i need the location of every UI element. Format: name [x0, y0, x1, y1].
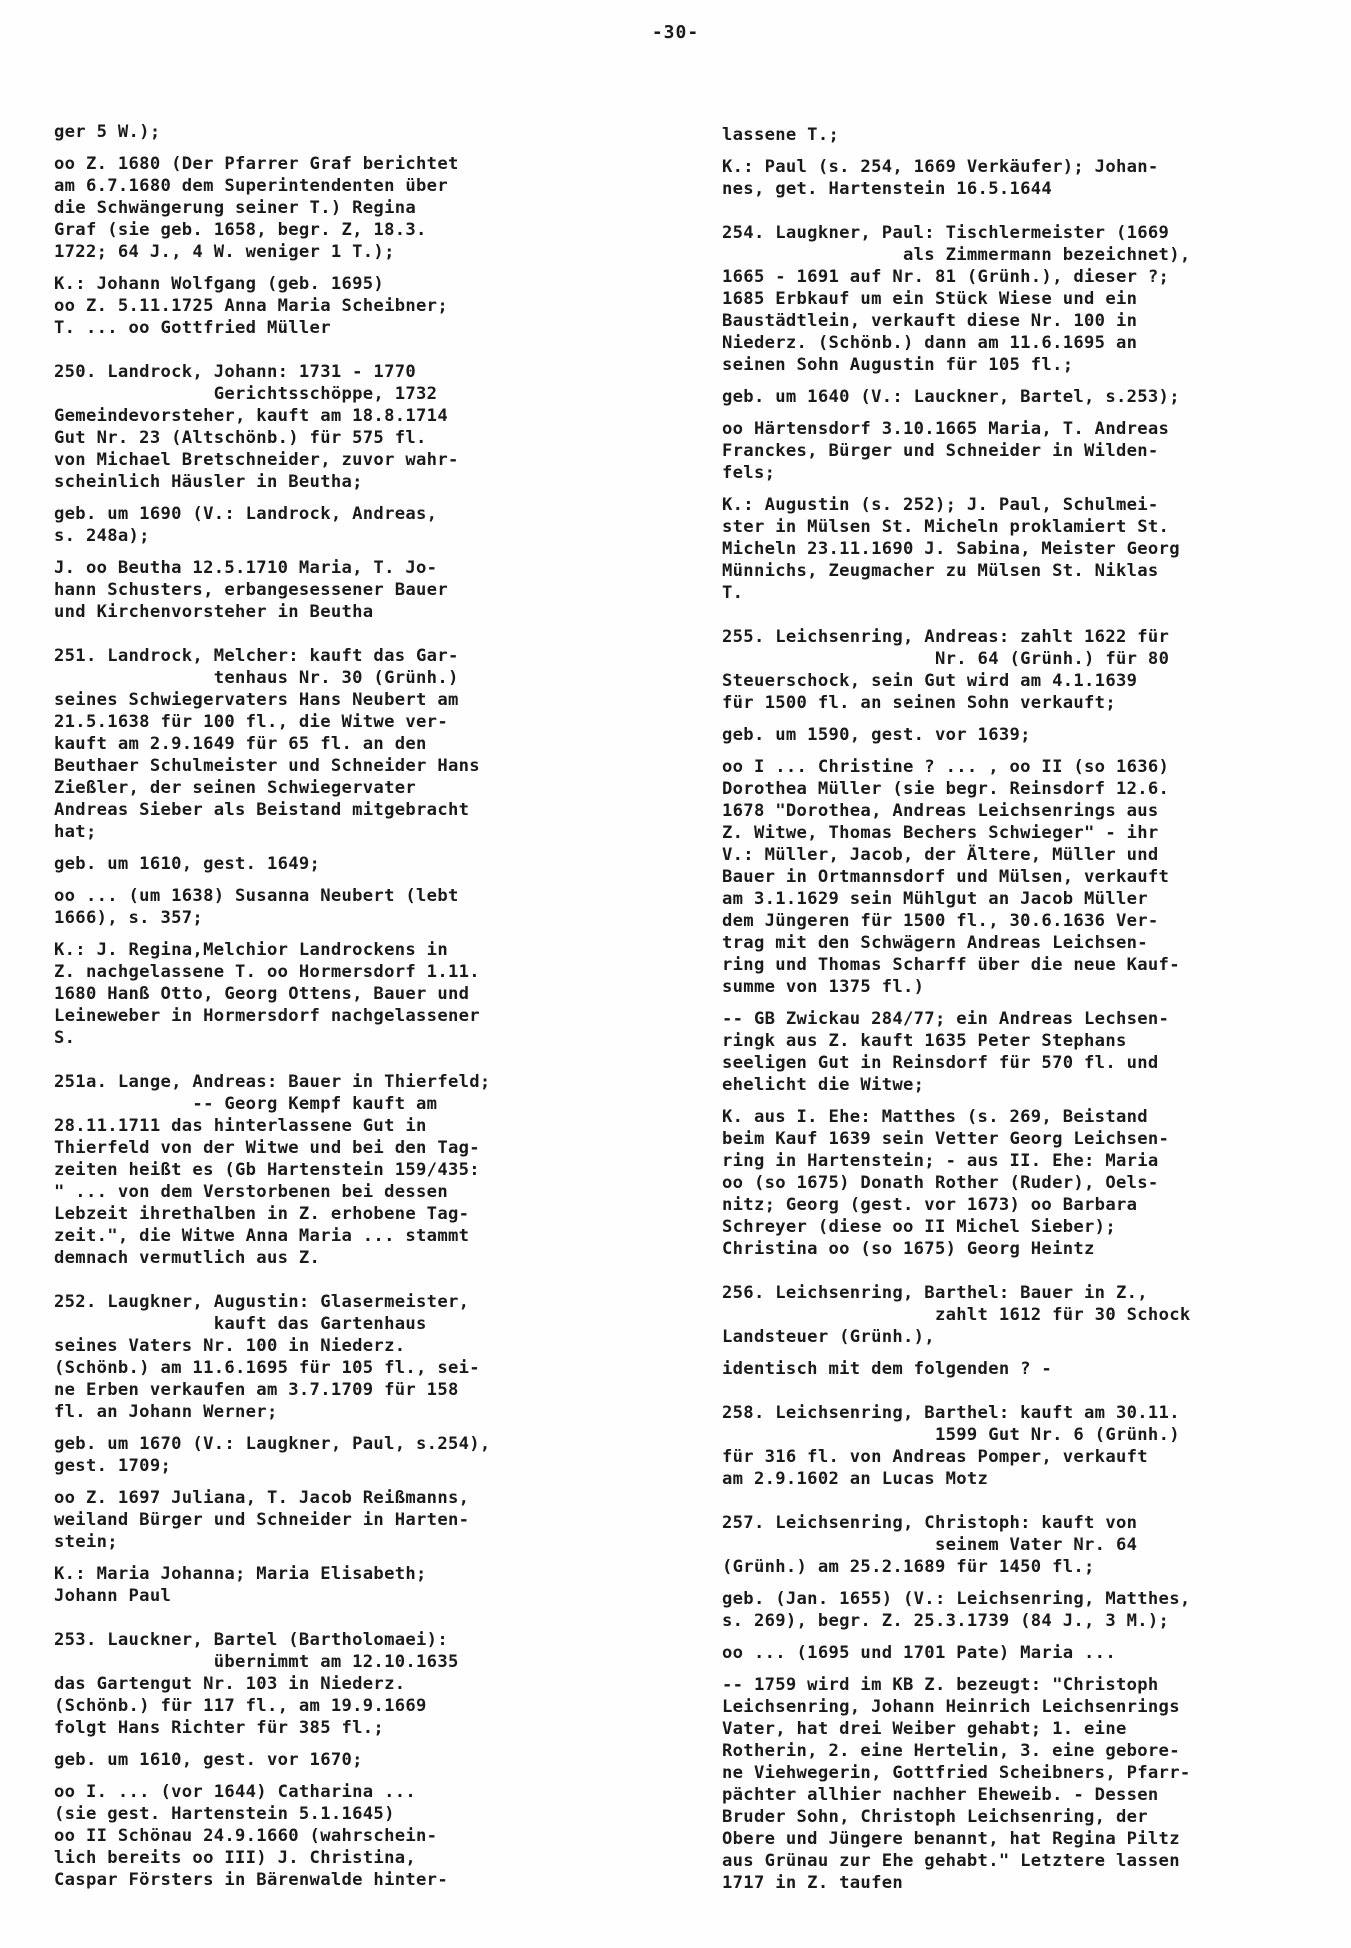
- entry-paragraph: geb. um 1610, gest. 1649;: [54, 853, 574, 875]
- entry-paragraph: K.: Augustin (s. 252); J. Paul, Schulmei…: [722, 494, 1242, 604]
- entry-paragraph: 252. Laugkner, Augustin: Glasermeister, …: [54, 1291, 574, 1423]
- entry-paragraph: oo I. ... (vor 1644) Catharina ... (sie …: [54, 1781, 574, 1891]
- entry-paragraph: 257. Leichsenring, Christoph: kauft von …: [722, 1512, 1242, 1578]
- entry-paragraph: 253. Lauckner, Bartel (Bartholomaei): üb…: [54, 1629, 574, 1739]
- entry-paragraph: oo ... (1695 und 1701 Pate) Maria ...: [722, 1642, 1242, 1664]
- entry-paragraph: 250. Landrock, Johann: 1731 - 1770 Geric…: [54, 361, 574, 493]
- entry-paragraph: lassene T.;: [722, 124, 1242, 146]
- entry-paragraph: geb. um 1690 (V.: Landrock, Andreas, s. …: [54, 503, 574, 547]
- entry-paragraph: identisch mit dem folgenden ? -: [722, 1358, 1242, 1380]
- right-column: lassene T.;K.: Paul (s. 254, 1669 Verkäu…: [722, 124, 1242, 1904]
- entry-paragraph: geb. um 1670 (V.: Laugkner, Paul, s.254)…: [54, 1433, 574, 1477]
- entry-paragraph: oo I ... Christine ? ... , oo II (so 163…: [722, 756, 1242, 998]
- entry-paragraph: oo Härtensdorf 3.10.1665 Maria, T. Andre…: [722, 418, 1242, 484]
- entry-paragraph: 251a. Lange, Andreas: Bauer in Thierfeld…: [54, 1071, 574, 1269]
- entry-paragraph: 254. Laugkner, Paul: Tischlermeister (16…: [722, 222, 1242, 376]
- entry-paragraph: K.: J. Regina,Melchior Landrockens in Z.…: [54, 939, 574, 1049]
- entry-paragraph: 258. Leichsenring, Barthel: kauft am 30.…: [722, 1402, 1242, 1490]
- entry-paragraph: oo Z. 1697 Juliana, T. Jacob Reißmanns, …: [54, 1487, 574, 1553]
- entry-paragraph: geb. um 1590, gest. vor 1639;: [722, 724, 1242, 746]
- entry-paragraph: 256. Leichsenring, Barthel: Bauer in Z.,…: [722, 1282, 1242, 1348]
- entry-paragraph: 255. Leichsenring, Andreas: zahlt 1622 f…: [722, 626, 1242, 714]
- entry-paragraph: geb. um 1640 (V.: Lauckner, Bartel, s.25…: [722, 386, 1242, 408]
- entry-paragraph: -- GB Zwickau 284/77; ein Andreas Lechse…: [722, 1008, 1242, 1096]
- entry-paragraph: K. aus I. Ehe: Matthes (s. 269, Beistand…: [722, 1106, 1242, 1260]
- entry-paragraph: 251. Landrock, Melcher: kauft das Gar- t…: [54, 645, 574, 843]
- entry-paragraph: oo Z. 1680 (Der Pfarrer Graf berichtet a…: [54, 153, 574, 263]
- entry-paragraph: K.: Johann Wolfgang (geb. 1695) oo Z. 5.…: [54, 273, 574, 339]
- entry-paragraph: geb. (Jan. 1655) (V.: Leichsenring, Matt…: [722, 1588, 1242, 1632]
- entry-paragraph: geb. um 1610, gest. vor 1670;: [54, 1749, 574, 1771]
- page-number: -30-: [0, 22, 1351, 43]
- left-column: ger 5 W.);oo Z. 1680 (Der Pfarrer Graf b…: [54, 121, 574, 1901]
- entry-paragraph: ger 5 W.);: [54, 121, 574, 143]
- entry-paragraph: oo ... (um 1638) Susanna Neubert (lebt 1…: [54, 885, 574, 929]
- entry-paragraph: K.: Maria Johanna; Maria Elisabeth; Joha…: [54, 1563, 574, 1607]
- entry-paragraph: -- 1759 wird im KB Z. bezeugt: "Christop…: [722, 1674, 1242, 1894]
- entry-paragraph: K.: Paul (s. 254, 1669 Verkäufer); Johan…: [722, 156, 1242, 200]
- entry-paragraph: J. oo Beutha 12.5.1710 Maria, T. Jo- han…: [54, 557, 574, 623]
